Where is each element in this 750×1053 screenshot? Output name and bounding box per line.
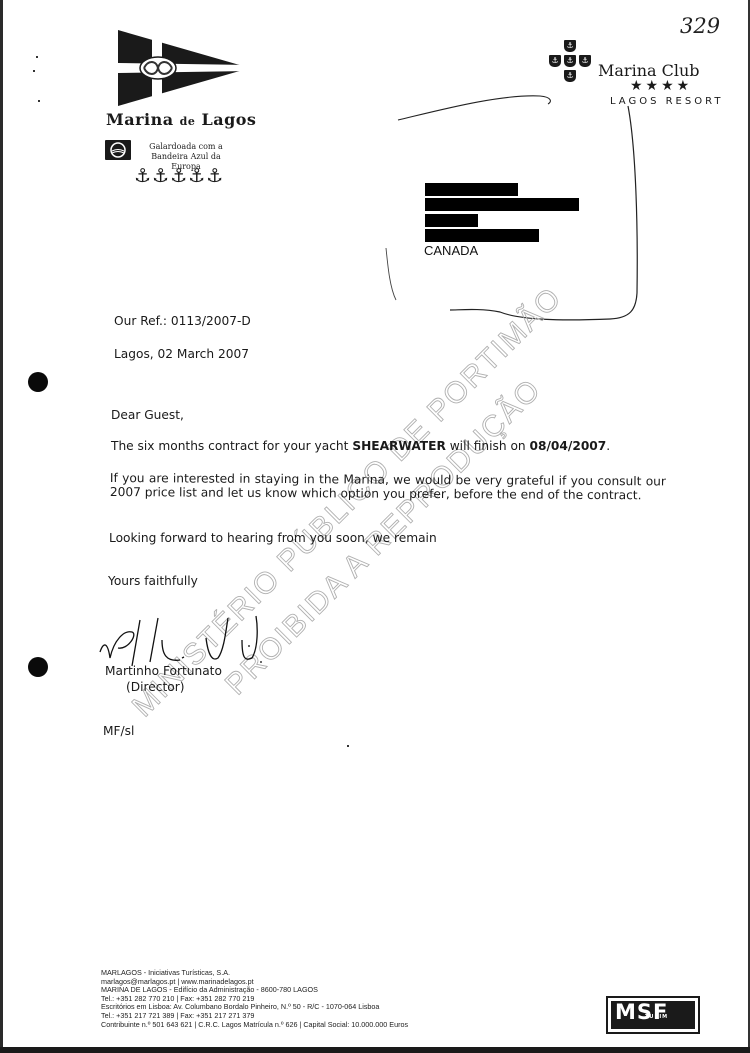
msf-logo-subtext: TURIM [645, 1006, 668, 1028]
marina-de-lagos-logo-text: Marina de Lagos [106, 110, 256, 129]
signature [96, 610, 276, 670]
blue-flag-icon [105, 140, 131, 160]
paragraph-closing-remark: Looking forward to hearing from you soon… [109, 531, 437, 545]
scan-speck [38, 100, 40, 102]
punch-hole [28, 372, 48, 392]
paragraph-price-list: If you are interested in staying in the … [110, 471, 666, 502]
redacted-address-line [425, 183, 518, 196]
msf-logo: MSF TURIM [611, 1001, 695, 1029]
redacted-address-line [425, 214, 478, 227]
signer-name: Martinho Fortunato [105, 664, 222, 678]
paragraph-contract-end: The six months contract for your yacht S… [111, 439, 610, 453]
reference-initials: MF/sl [103, 724, 134, 738]
pennant-flag-icon [118, 30, 250, 106]
scan-edge-left [0, 0, 3, 1053]
footer-registration: Contribuinte n.º 501 643 621 | C.R.C. La… [101, 1021, 408, 1030]
anchor-shield-icon: ⚓ [549, 55, 561, 67]
anchor-icon: ⚓⚓⚓⚓⚓ [134, 165, 224, 187]
anchor-shield-icon: ⚓ [564, 70, 576, 82]
award-line-1: Galardoada com a [136, 142, 236, 152]
scan-speck [347, 745, 349, 747]
scan-edge-bottom [0, 1047, 750, 1053]
logo-word-marina: Marina [106, 110, 174, 129]
redacted-address-line [425, 198, 579, 211]
msf-turim-badge: MSF TURIM [606, 996, 700, 1034]
anchor-shield-icon: ⚓ [564, 55, 576, 67]
anchor-shield-icon: ⚓ [579, 55, 591, 67]
signer-title: (Director) [126, 680, 184, 694]
place-date: Lagos, 02 March 2007 [114, 347, 249, 361]
logo-word-de: de [180, 115, 196, 128]
complimentary-close: Yours faithfully [108, 574, 198, 588]
anchor-shield-icon: ⚓ [564, 40, 576, 52]
logo-word-lagos: Lagos [201, 110, 256, 129]
redacted-address-line [425, 229, 539, 242]
greeting: Dear Guest, [111, 408, 184, 422]
scan-speck [33, 70, 35, 72]
yacht-name: SHEARWATER [352, 439, 446, 453]
reference-number: Our Ref.: 0113/2007-D [114, 314, 251, 328]
scan-speck [36, 56, 38, 58]
company-footer: MARLAGOS - Iniciativas Turísticas, S.A. … [101, 969, 408, 1029]
handwritten-page-number: 329 [680, 14, 720, 38]
contract-end-date: 08/04/2007 [530, 439, 607, 453]
p1-text: . [606, 439, 610, 453]
p1-text: The six months contract for your yacht [111, 439, 352, 453]
p1-text: will finish on [446, 439, 530, 453]
punch-hole [28, 657, 48, 677]
address-country: CANADA [424, 243, 478, 258]
